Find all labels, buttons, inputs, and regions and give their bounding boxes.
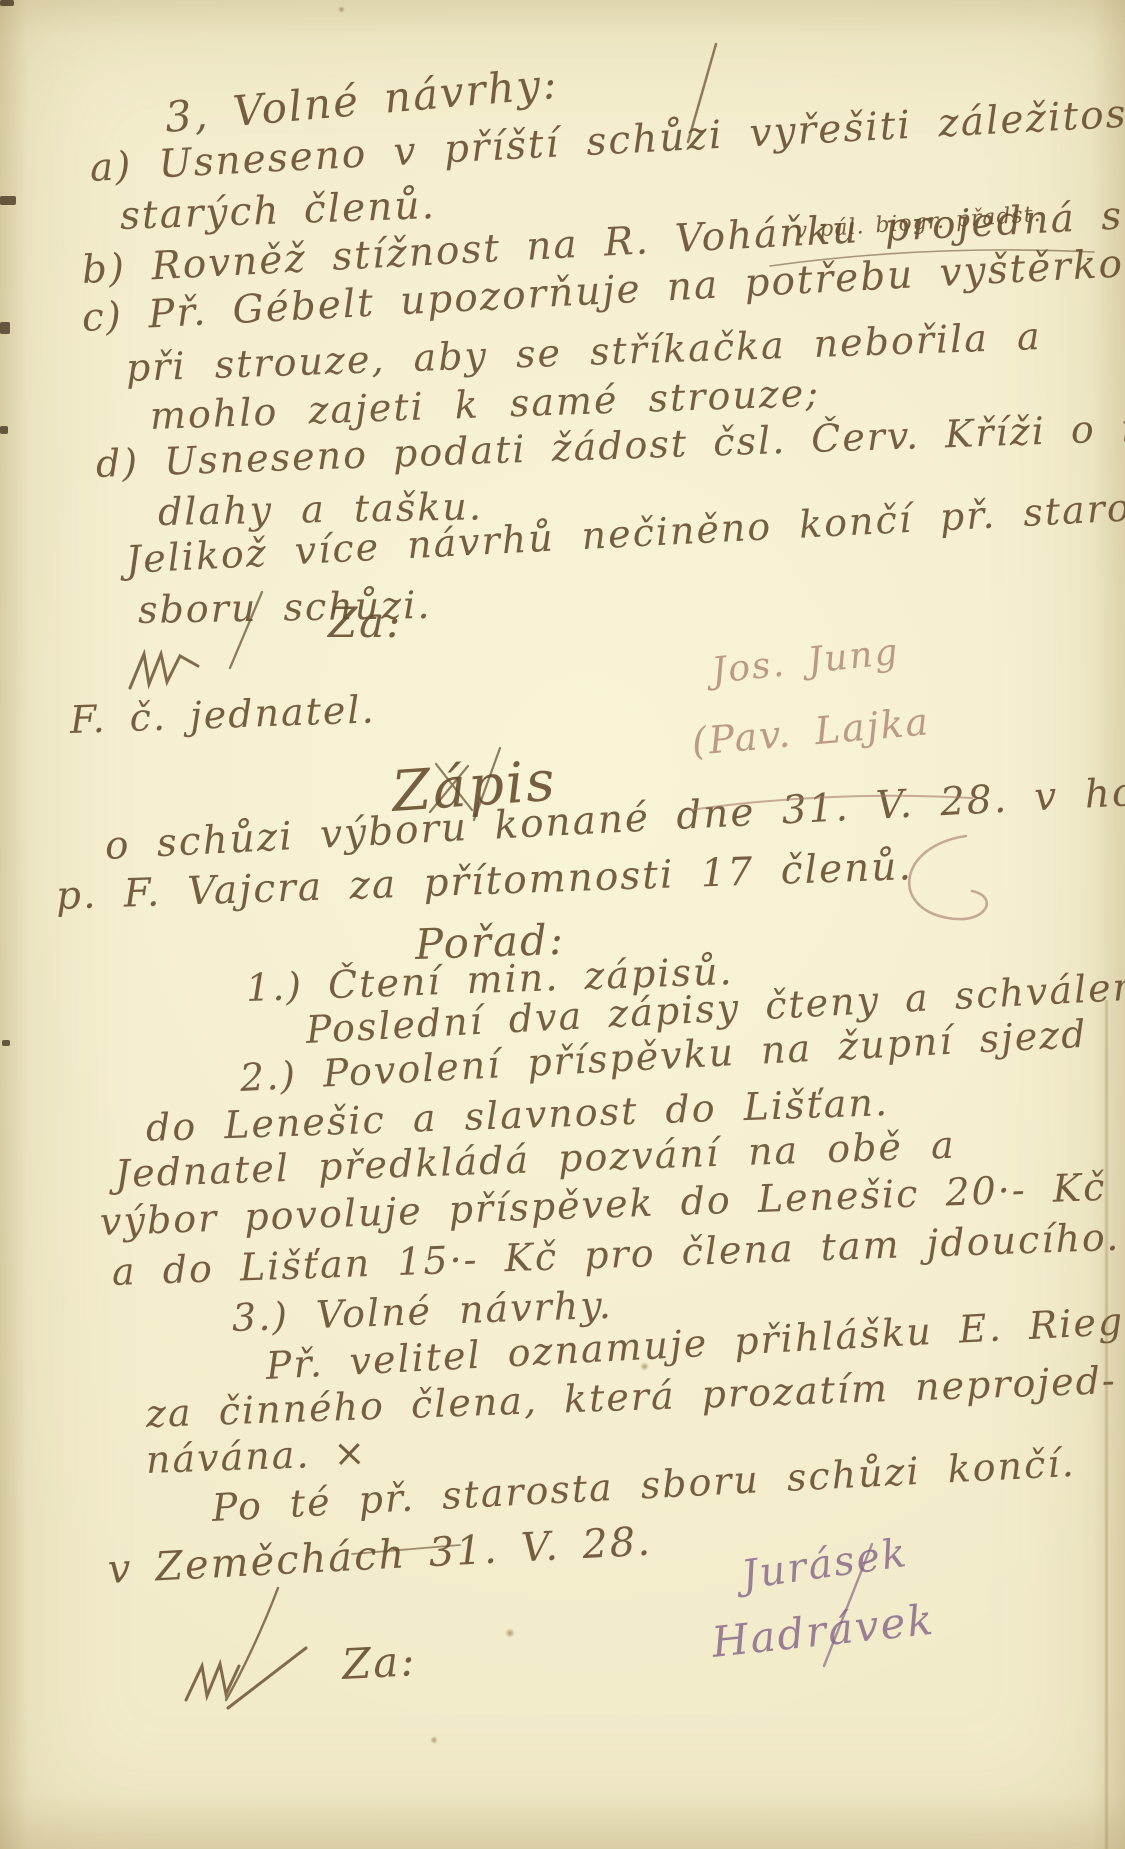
paraph-scribble-bottom xyxy=(186,1648,306,1708)
line-agenda-item-3-note-3: návána. × xyxy=(145,1432,368,1481)
age-spot xyxy=(640,1362,649,1371)
line-item-a-2: starých členů. xyxy=(119,185,436,239)
za-label-bottom: Za: xyxy=(341,1638,418,1688)
left-edge-scan-mark xyxy=(0,426,8,434)
za-label-top: Za: xyxy=(328,600,402,646)
signature-jurasek: Jurásek xyxy=(739,1531,911,1598)
age-spot xyxy=(430,1736,438,1744)
line-intro-1: o schůzi výboru konané dne 31. V. 28. v … xyxy=(104,766,1125,869)
left-edge-scan-mark xyxy=(0,322,10,334)
corner-scan-mark xyxy=(0,0,14,6)
paraph-scribble-top xyxy=(130,654,198,688)
age-spot xyxy=(338,6,345,13)
signature-pav-lajka: (Pav. Lajka xyxy=(690,701,932,763)
signature-jos-jung: Jos. Jung xyxy=(710,632,901,691)
left-edge-scan-mark xyxy=(2,1040,10,1046)
page-edge-crease xyxy=(1104,1000,1109,1849)
manuscript-page: 3, Volné návrhy: a) Usneseno v příští sc… xyxy=(0,0,1125,1849)
bottom-slash-mark xyxy=(226,1588,278,1700)
age-spot xyxy=(505,1628,515,1638)
secretary-title: F. č. jednatel. xyxy=(69,689,376,741)
signature-hadravek: Hadrávek xyxy=(710,1597,937,1666)
dateline: v Zeměchách 31. V. 28. xyxy=(107,1520,653,1592)
crescent-scribble xyxy=(909,836,987,919)
left-edge-scan-mark xyxy=(0,196,16,205)
